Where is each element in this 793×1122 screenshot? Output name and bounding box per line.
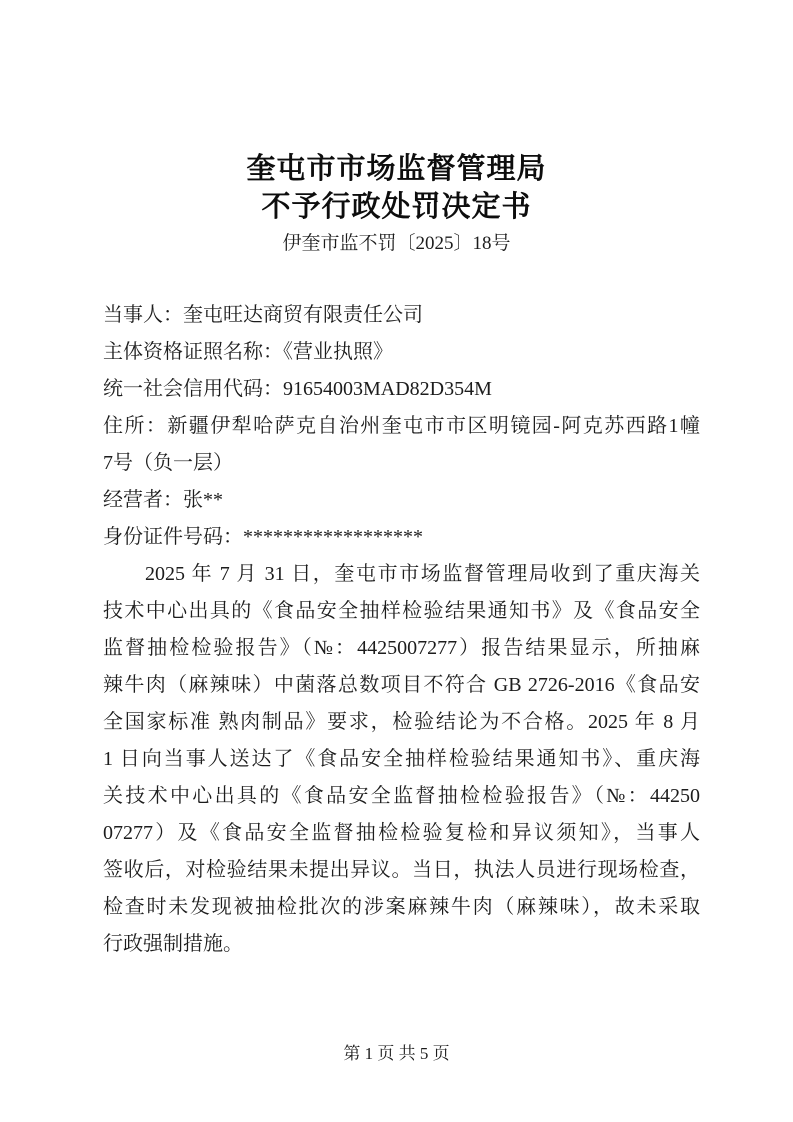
party-info-line-license-name: 主体资格证照名称：《营业执照》 <box>103 334 700 371</box>
document-number: 伊奎市监不罚〔2025〕18号 <box>0 229 793 259</box>
body-paragraph-line: 检查时未发现被抽检批次的涉案麻辣牛肉（麻辣味），故未采取 <box>103 889 700 926</box>
body-paragraph-line: 技术中心出具的《食品安全抽样检验结果通知书》及《食品安全 <box>103 593 700 630</box>
body-paragraph-line: 07277）及《食品安全监督抽检检验复检和异议须知》，当事人 <box>103 815 700 852</box>
body-paragraph-line: 1 日向当事人送达了《食品安全抽样检验结果通知书》、重庆海 <box>103 741 700 778</box>
body-paragraph-line: 监督抽检检验报告》（№：4425007277）报告结果显示，所抽麻 <box>103 630 700 667</box>
party-info-line-id-number: 身份证件号码：****************** <box>103 519 700 556</box>
party-info-line-address-1: 住所：新疆伊犁哈萨克自治州奎屯市市区明镜园-阿克苏西路1幢 <box>103 408 700 445</box>
document-page: 奎屯市市场监督管理局 不予行政处罚决定书 伊奎市监不罚〔2025〕18号 当事人… <box>0 0 793 1122</box>
document-header: 奎屯市市场监督管理局 不予行政处罚决定书 伊奎市监不罚〔2025〕18号 <box>0 0 793 259</box>
body-paragraph-line: 签收后，对检验结果未提出异议。当日，执法人员进行现场检查， <box>103 852 700 889</box>
party-info-line-party: 当事人：奎屯旺达商贸有限责任公司 <box>103 297 700 334</box>
body-paragraph-line: 2025 年 7 月 31 日，奎屯市市场监督管理局收到了重庆海关 <box>103 556 700 593</box>
party-info-line-operator: 经营者：张** <box>103 482 700 519</box>
body-paragraph-line: 关技术中心出具的《食品安全监督抽检检验报告》（№：44250 <box>103 778 700 815</box>
party-info-line-address-2: 7号（负一层） <box>103 445 700 482</box>
body-paragraph-line: 全国家标准 熟肉制品》要求，检验结论为不合格。2025 年 8 月 <box>103 704 700 741</box>
page-footer: 第 1 页 共 5 页 <box>0 1042 793 1066</box>
document-title-line1: 奎屯市市场监督管理局 <box>0 150 793 188</box>
document-title-line2: 不予行政处罚决定书 <box>0 188 793 226</box>
document-body: 当事人：奎屯旺达商贸有限责任公司 主体资格证照名称：《营业执照》 统一社会信用代… <box>103 297 700 963</box>
party-info-line-credit-code: 统一社会信用代码：91654003MAD82D354M <box>103 371 700 408</box>
body-paragraph-line: 辣牛肉（麻辣味）中菌落总数项目不符合 GB 2726-2016《食品安 <box>103 667 700 704</box>
body-paragraph-line: 行政强制措施。 <box>103 926 700 963</box>
